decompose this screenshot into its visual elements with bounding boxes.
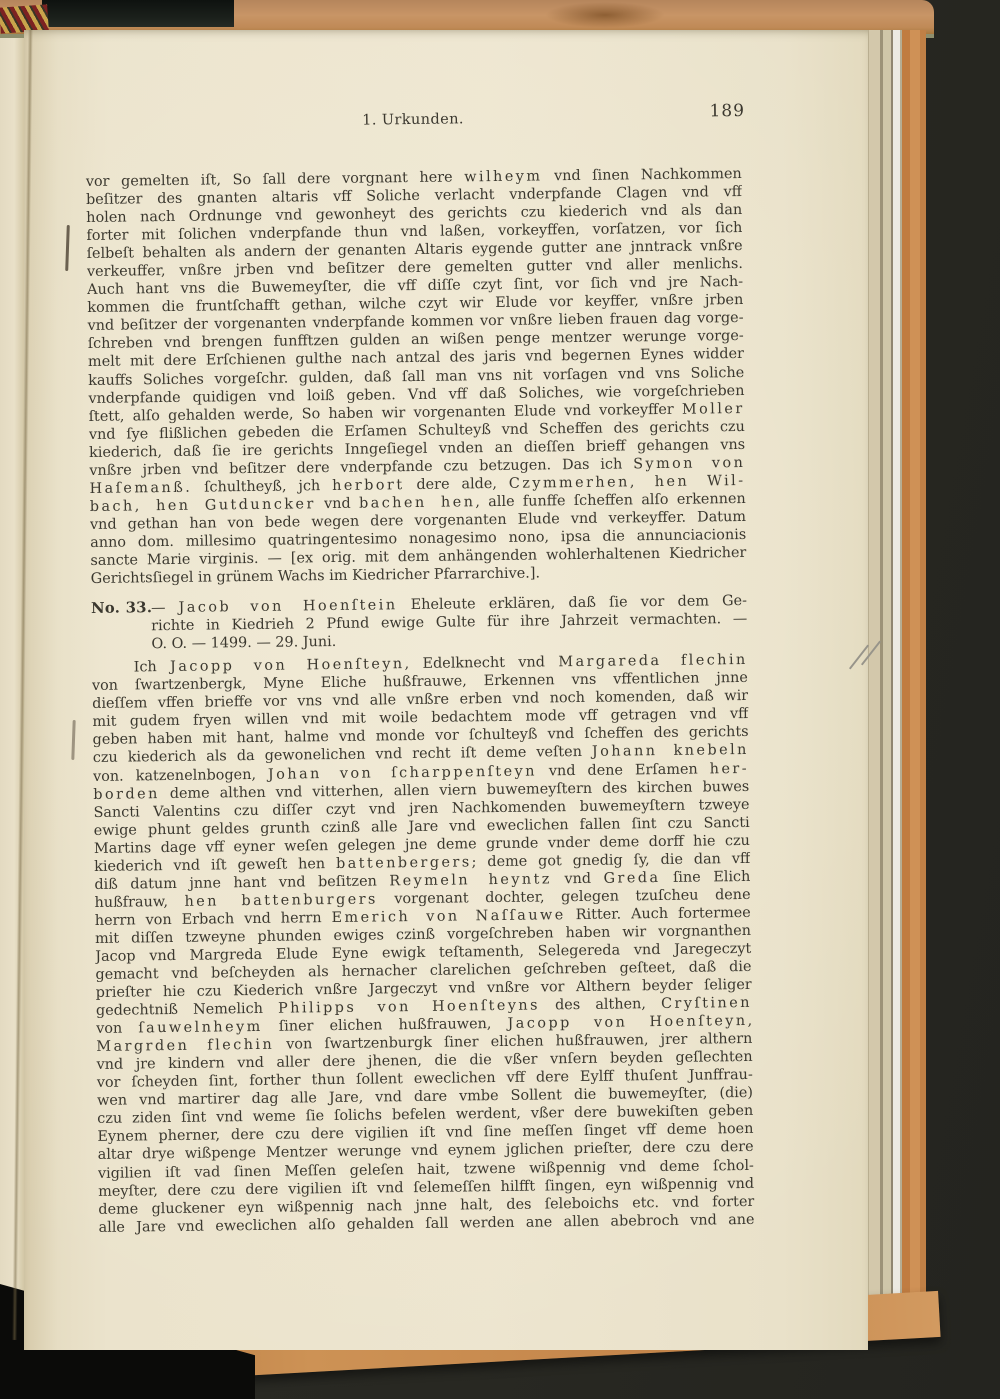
entry-33-body: Ich Jacopp von Hoenſteyn, Edelknecht vnd…	[92, 651, 755, 1236]
spine-headcap	[42, 0, 234, 27]
letterspaced-name: battenbergers	[336, 854, 472, 872]
letterspaced-name: Greda	[603, 870, 660, 887]
letterspaced-name: wilheym	[464, 168, 542, 185]
printed-content: 1. Urkunden. 189 vor gemelten iſt, So ſa…	[85, 108, 755, 1237]
book-photo: 1. Urkunden. 189 vor gemelten iſt, So ſa…	[0, 0, 1000, 1399]
letterspaced-name: Reymeln heyntz	[389, 871, 552, 889]
letterspaced-name: Margrden flechin	[96, 1037, 274, 1055]
letterspaced-name: hen battenburgers	[184, 891, 377, 909]
letterspaced-name: Johan von ſcharppenſteyn	[268, 763, 537, 782]
letterspaced-name: Margareda flechin	[558, 652, 748, 670]
letterspaced-name: Haſemanß.	[89, 480, 192, 497]
letterspaced-name: Jacopp von Hoenſteyn	[507, 1013, 747, 1032]
paragraph-continuation: vor gemelten iſt, So ſall dere vorgnant …	[86, 165, 747, 588]
entry-33-heading: No. 33. — Jacob von Hoenſtein Eheleute e…	[91, 592, 748, 654]
letterspaced-name: borden	[93, 786, 160, 803]
letterspaced-name: ſauwelnheym	[138, 1019, 263, 1037]
letterspaced-name: bach, hen Gutduncker	[90, 496, 316, 515]
letterspaced-name: Johann knebeln	[592, 742, 749, 760]
letterspaced-name: her-	[710, 760, 750, 776]
letterspaced-name: Emerich von Naſſauwe	[331, 907, 565, 926]
letterspaced-name: Jacob von Hoenſtein	[178, 597, 397, 616]
running-title: 1. Urkunden.	[85, 108, 741, 132]
letterspaced-name: Cryſtinen	[661, 995, 752, 1012]
letterspaced-name: bachen hen	[359, 494, 476, 511]
letterspaced-name: Moller	[682, 401, 745, 418]
book-page: 1. Urkunden. 189 vor gemelten iſt, So ſa…	[24, 30, 868, 1350]
page-header: 1. Urkunden. 189	[85, 108, 741, 140]
letterspaced-name: herbort	[332, 477, 405, 494]
binding-thread	[71, 720, 75, 760]
binding-thread	[65, 225, 70, 271]
page-number: 189	[709, 101, 745, 121]
letterspaced-name: Czymmerhen, hen Wil-	[509, 473, 746, 492]
letterspaced-name: Jacopp von Hoenſteyn	[170, 656, 405, 675]
letterspaced-name: Symon von	[633, 455, 745, 472]
page-fore-edges	[866, 30, 926, 1322]
top-edge-stain	[545, 2, 665, 28]
entry-heading-lines: — Jacob von Hoenſtein Eheleute erklären,…	[151, 592, 748, 653]
letterspaced-name: Philipps von Hoenſteyns	[278, 998, 540, 1017]
entry-number: No. 33.	[91, 599, 152, 618]
